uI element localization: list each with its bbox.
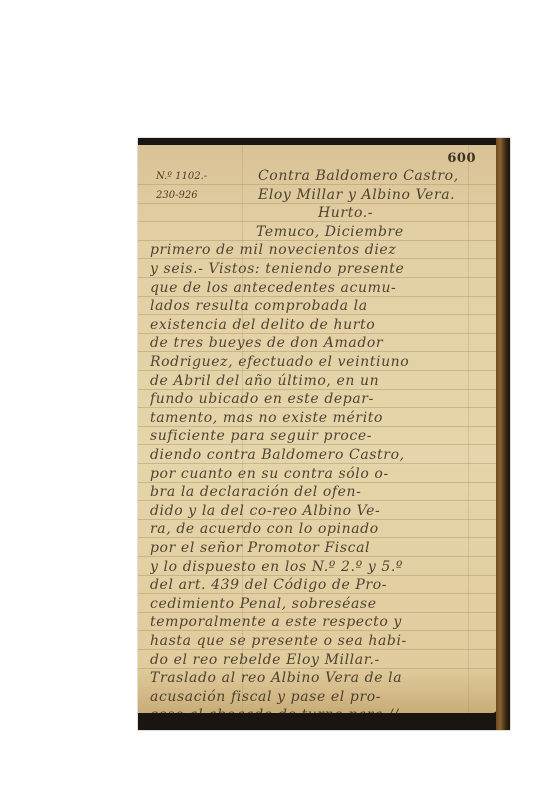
- body-line: de tres bueyes de don Amador: [150, 334, 484, 352]
- body-line: tamento, mas no existe mérito: [150, 409, 484, 427]
- body-line: primero de mil novecientos diez: [150, 241, 484, 259]
- page-number: 600: [447, 151, 476, 166]
- body-line: hasta que se presente o sea habi-: [150, 632, 484, 650]
- body-line: existencia del delito de hurto: [150, 316, 484, 334]
- body-line: del art. 439 del Código de Pro-: [150, 576, 484, 594]
- body-line: que de los antecedentes acumu-: [150, 279, 484, 297]
- body-line: do el reo rebelde Eloy Millar.-: [150, 651, 484, 669]
- body-line: bra la declaración del ofen-: [150, 483, 484, 501]
- case-number: N.º 1102.-: [156, 171, 207, 182]
- body-line: fundo ubicado en este depar-: [150, 390, 484, 408]
- book-binding: [496, 138, 510, 730]
- heading-line: Eloy Millar y Albino Vera.: [258, 186, 484, 204]
- document-scan: 600 N.º 1102.- 230-926 Contra Baldomero …: [138, 138, 510, 730]
- body-line: y seis.- Vistos: teniendo presente: [150, 260, 484, 278]
- body-line: Traslado al reo Albino Vera de la: [150, 669, 484, 687]
- body-line: acusación fiscal y pase el pro-: [150, 688, 484, 706]
- body-line: Temuco, Diciembre: [256, 223, 484, 241]
- body-line: y lo dispuesto en los N.º 2.º y 5.º: [150, 558, 484, 576]
- body-line: ra, de acuerdo con lo opinado: [150, 520, 484, 538]
- body-line: ceso al abogado de turno para //: [150, 706, 484, 713]
- body-line: temporalmente a este respecto y: [150, 613, 484, 631]
- heading-line: Hurto.-: [318, 204, 484, 222]
- body-line: suficiente para seguir proce-: [150, 427, 484, 445]
- ledger-page: 600 N.º 1102.- 230-926 Contra Baldomero …: [138, 145, 498, 713]
- body-line: Rodriguez, efectuado el veintiuno: [150, 353, 484, 371]
- body-line: dido y la del co-reo Albino Ve-: [150, 502, 484, 520]
- body-line: lados resulta comprobada la: [150, 297, 484, 315]
- body-line: de Abril del año último, en un: [150, 372, 484, 390]
- reference-number: 230-926: [156, 190, 198, 201]
- body-line: por el señor Promotor Fiscal: [150, 539, 484, 557]
- body-line: cedimiento Penal, sobreséase: [150, 595, 484, 613]
- heading-line: Contra Baldomero Castro,: [258, 167, 484, 185]
- body-line: por cuanto en su contra sólo o-: [150, 465, 484, 483]
- body-line: diendo contra Baldomero Castro,: [150, 446, 484, 464]
